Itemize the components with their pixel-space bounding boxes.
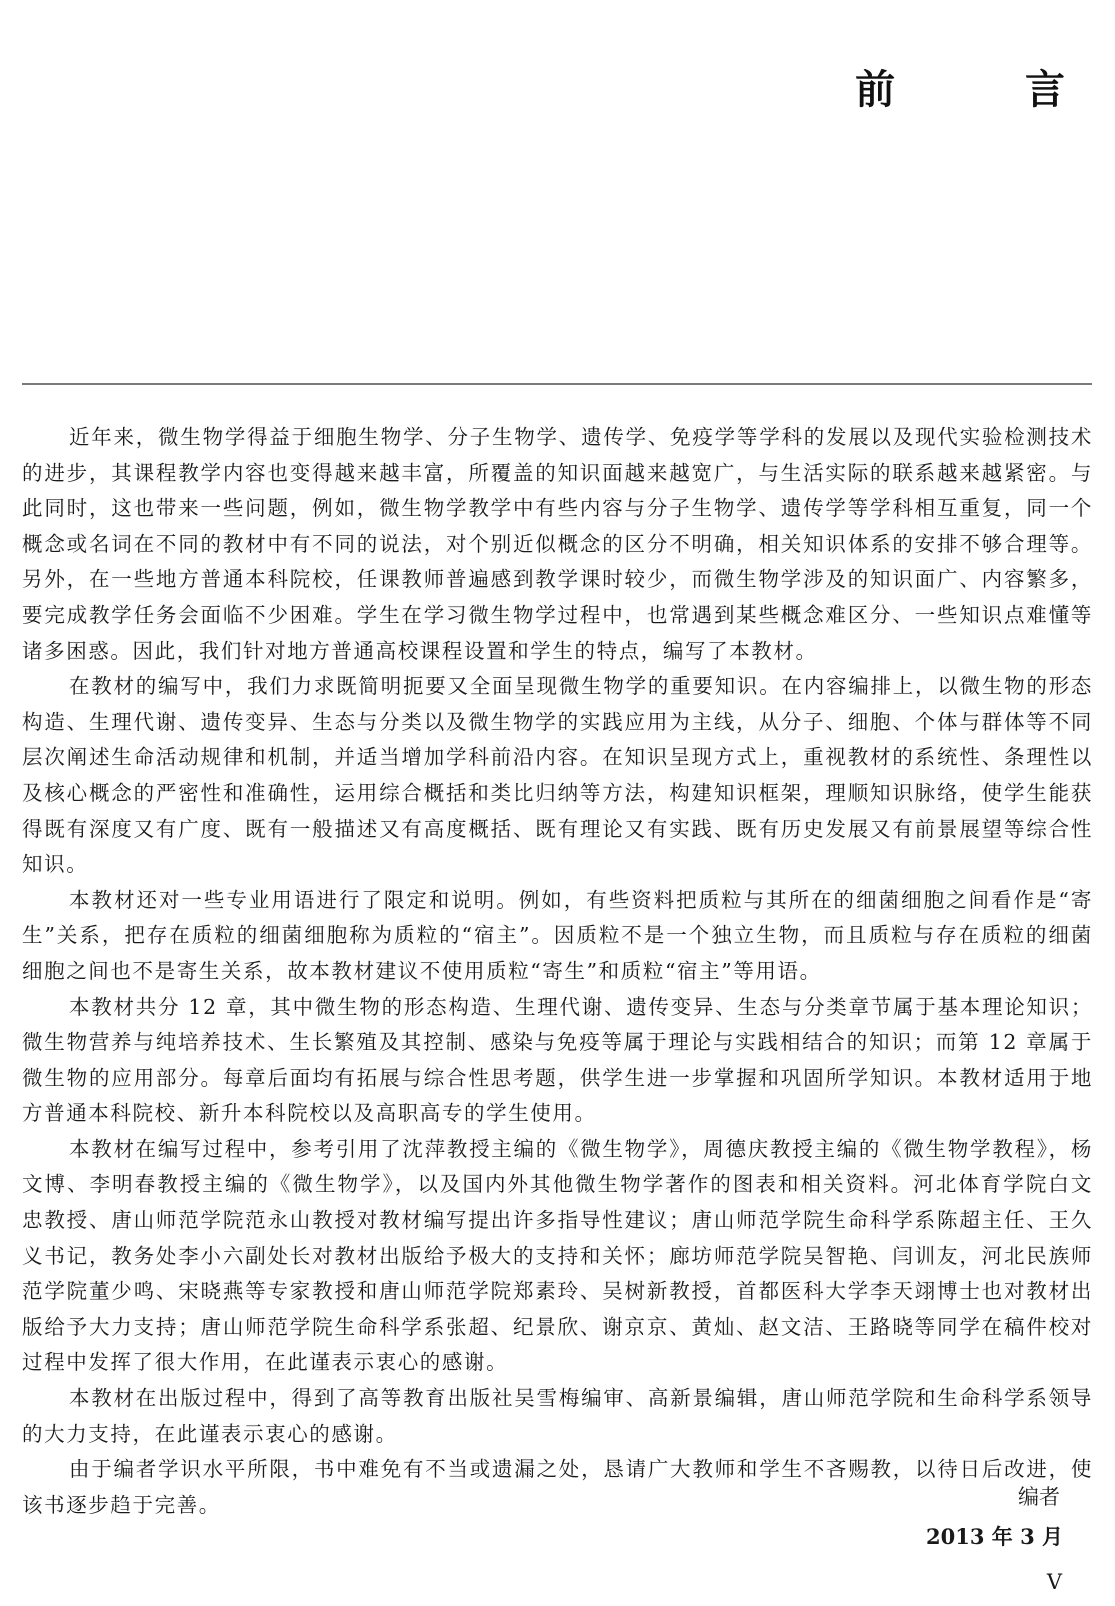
signature-date: 2013 年 3 月: [926, 1526, 1063, 1547]
paragraph: 本教材还对一些专业用语进行了限定和说明。例如，有些资料把质粒与其所在的细菌细胞之…: [22, 883, 1093, 990]
paragraph: 由于编者学识水平所限，书中难免有不当或遗漏之处，恳请广大教师和学生不吝赐教，以待…: [22, 1452, 1093, 1523]
paragraph: 本教材在出版过程中，得到了高等教育出版社吴雪梅编审、高新景编辑，唐山师范学院和生…: [22, 1381, 1093, 1452]
page-number: V: [1047, 1570, 1062, 1594]
page-title: 前 言: [855, 70, 1115, 110]
paragraph: 在教材的编写中，我们力求既简明扼要又全面呈现微生物学的重要知识。在内容编排上，以…: [22, 669, 1093, 883]
signature-author: 编者: [1018, 1487, 1060, 1508]
paragraph: 近年来，微生物学得益于细胞生物学、分子生物学、遗传学、免疫学等学科的发展以及现代…: [22, 420, 1093, 669]
paragraph: 本教材在编写过程中，参考引用了沈萍教授主编的《微生物学》，周德庆教授主编的《微生…: [22, 1132, 1093, 1381]
title-divider: [22, 383, 1092, 385]
paragraph: 本教材共分 12 章，其中微生物的形态构造、生理代谢、遗传变异、生态与分类章节属…: [22, 990, 1093, 1132]
preface-body: 近年来，微生物学得益于细胞生物学、分子生物学、遗传学、免疫学等学科的发展以及现代…: [22, 420, 1093, 1523]
